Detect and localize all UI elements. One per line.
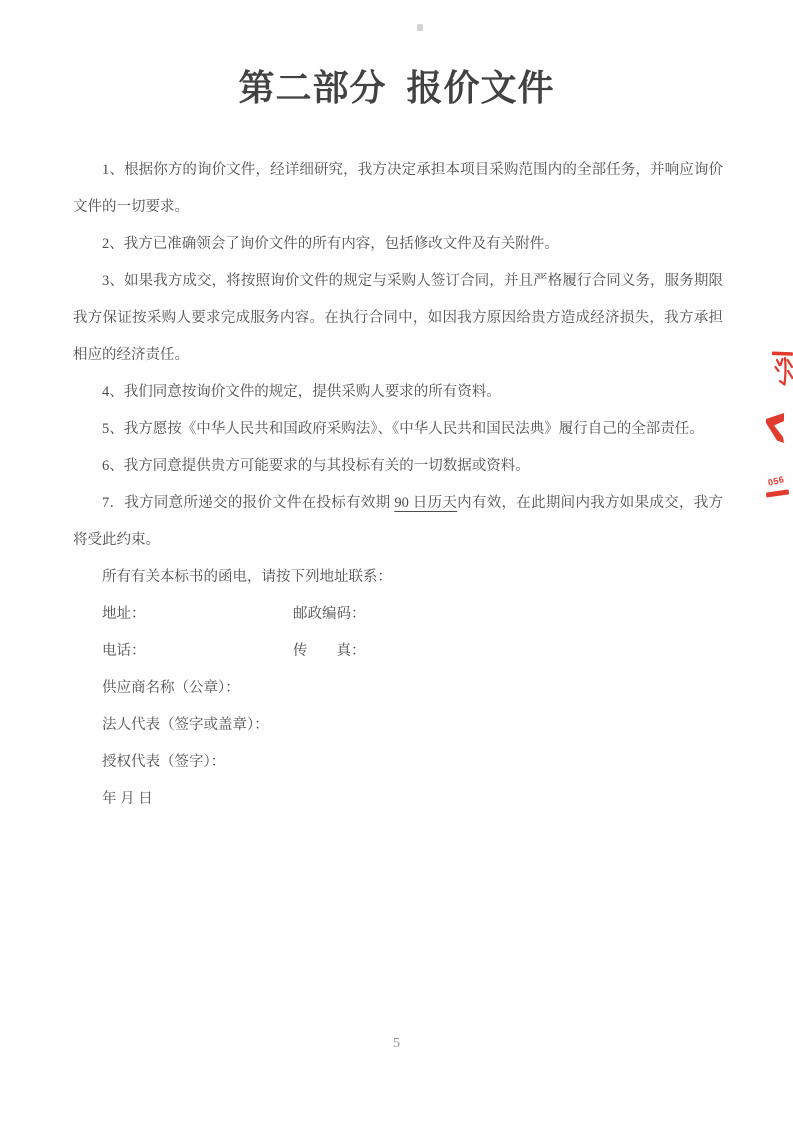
authorized-representative-label: 授权代表（签字）：	[73, 744, 723, 781]
red-seal-character-fragment	[769, 350, 793, 393]
paragraph-4: 4、我们同意按询价文件的规定，提供采购人要求的所有资料。	[73, 374, 723, 411]
contact-row-phone: 电话： 传 真：	[73, 633, 723, 670]
paragraph-3: 3、如果我方成交，将按照询价文件的规定与采购人签订合同，并且严格履行合同义务，服…	[73, 263, 723, 374]
supplier-name-label: 供应商名称（公章）：	[73, 670, 723, 707]
postcode-label: 邮政编码：	[293, 596, 366, 633]
contact-intro: 所有有关本标书的函电，请按下列地址联系：	[73, 559, 723, 596]
document-body: 1、根据你方的询价文件，经详细研究，我方决定承担本项目采购范围内的全部任务，并响…	[73, 152, 723, 818]
fax-label: 传 真：	[293, 633, 366, 670]
paragraph-2: 2、我方已准确领会了询价文件的所有内容，包括修改文件及有关附件。	[73, 226, 723, 263]
paragraph-5: 5、我方愿按《中华人民共和国政府采购法》、《中华人民共和国民法典》履行自己的全部…	[73, 411, 723, 448]
date-label: 年 月 日	[73, 781, 723, 818]
red-seal-number: 056	[767, 475, 785, 488]
validity-period-underlined: 90 日历天	[394, 495, 457, 511]
phone-label: 电话：	[102, 643, 146, 659]
seal-strokes-icon	[769, 350, 793, 388]
page-title: 第二部分 报价文件	[0, 70, 793, 106]
scan-artifact	[417, 24, 423, 31]
legal-representative-label: 法人代表（签字或盖章）：	[73, 707, 723, 744]
page-number: 5	[0, 1036, 793, 1052]
paragraph-6: 6、我方同意提供贵方可能要求的与其投标有关的一切数据或资料。	[73, 448, 723, 485]
address-label: 地址：	[102, 606, 146, 622]
document-page: 第二部分 报价文件 1、根据你方的询价文件，经详细研究，我方决定承担本项目采购范…	[0, 0, 793, 1123]
paragraph-7: 7．我方同意所递交的报价文件在投标有效期 90 日历天内有效，在此期间内我方如果…	[73, 485, 723, 559]
paragraph-1: 1、根据你方的询价文件，经详细研究，我方决定承担本项目采购范围内的全部任务，并响…	[73, 152, 723, 226]
red-seal-underline	[766, 489, 789, 497]
red-seal-star-fragment	[766, 413, 793, 449]
contact-row-address: 地址： 邮政编码：	[73, 596, 723, 633]
paragraph-7-prefix: 7．我方同意所递交的报价文件在投标有效期	[102, 495, 394, 511]
seal-star-fragment-icon	[766, 413, 793, 444]
